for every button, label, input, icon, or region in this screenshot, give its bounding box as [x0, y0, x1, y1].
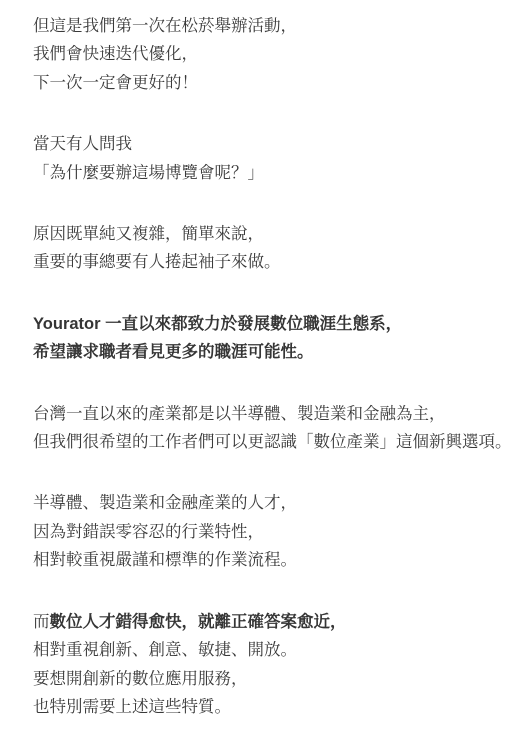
text-line: 相對重視創新、創意、敏捷、開放。: [33, 636, 492, 664]
text-line: 半導體、製造業和金融產業的人才，: [33, 489, 492, 517]
text-line-mixed: 而數位人才錯得愈快，就離正確答案愈近，: [33, 608, 492, 636]
paragraph: 當天有人問我 「為什麼要辦這場博覽會呢？」: [33, 130, 492, 187]
text-segment: 而: [33, 613, 50, 631]
text-line: 也特別需要上述這些特質。: [33, 693, 492, 721]
text-line: 但這是我們第一次在松菸舉辦活動，: [33, 12, 492, 40]
text-line: 希望讓求職者看見更多的職涯可能性。: [33, 338, 492, 366]
text-line: 重要的事總要有人捲起袖子來做。: [33, 248, 492, 276]
text-line: 相對較重視嚴謹和標準的作業流程。: [33, 546, 492, 574]
text-line: 原因既單純又複雜，簡單來說，: [33, 220, 492, 248]
paragraph-bold: Yourator 一直以來都致力於發展數位職涯生態系， 希望讓求職者看見更多的職…: [33, 310, 492, 367]
text-segment-bold: 數位人才錯得愈快，就離正確答案愈近，: [50, 613, 347, 631]
text-line: 但我們很希望的工作者們可以更認識「數位產業」這個新興選項。: [33, 428, 492, 456]
text-line: 「為什麼要辦這場博覽會呢？」: [33, 159, 492, 187]
paragraph: 台灣一直以來的產業都是以半導體、製造業和金融為主， 但我們很希望的工作者們可以更…: [33, 400, 492, 457]
text-line: 當天有人問我: [33, 130, 492, 158]
text-line: 台灣一直以來的產業都是以半導體、製造業和金融為主，: [33, 400, 492, 428]
text-line: 要想開創新的數位應用服務，: [33, 665, 492, 693]
text-line: Yourator 一直以來都致力於發展數位職涯生態系，: [33, 310, 492, 338]
text-line: 因為對錯誤零容忍的行業特性，: [33, 518, 492, 546]
text-line: 下一次一定會更好的！: [33, 69, 492, 97]
paragraph: 半導體、製造業和金融產業的人才， 因為對錯誤零容忍的行業特性， 相對較重視嚴謹和…: [33, 489, 492, 574]
text-line: 我們會快速迭代優化，: [33, 40, 492, 68]
paragraph: 原因既單純又複雜，簡單來說， 重要的事總要有人捲起袖子來做。: [33, 220, 492, 277]
paragraph: 而數位人才錯得愈快，就離正確答案愈近， 相對重視創新、創意、敏捷、開放。 要想開…: [33, 608, 492, 722]
paragraph: 但這是我們第一次在松菸舉辦活動， 我們會快速迭代優化， 下一次一定會更好的！: [33, 12, 492, 97]
article-body: 但這是我們第一次在松菸舉辦活動， 我們會快速迭代優化， 下一次一定會更好的！ 當…: [0, 0, 510, 721]
